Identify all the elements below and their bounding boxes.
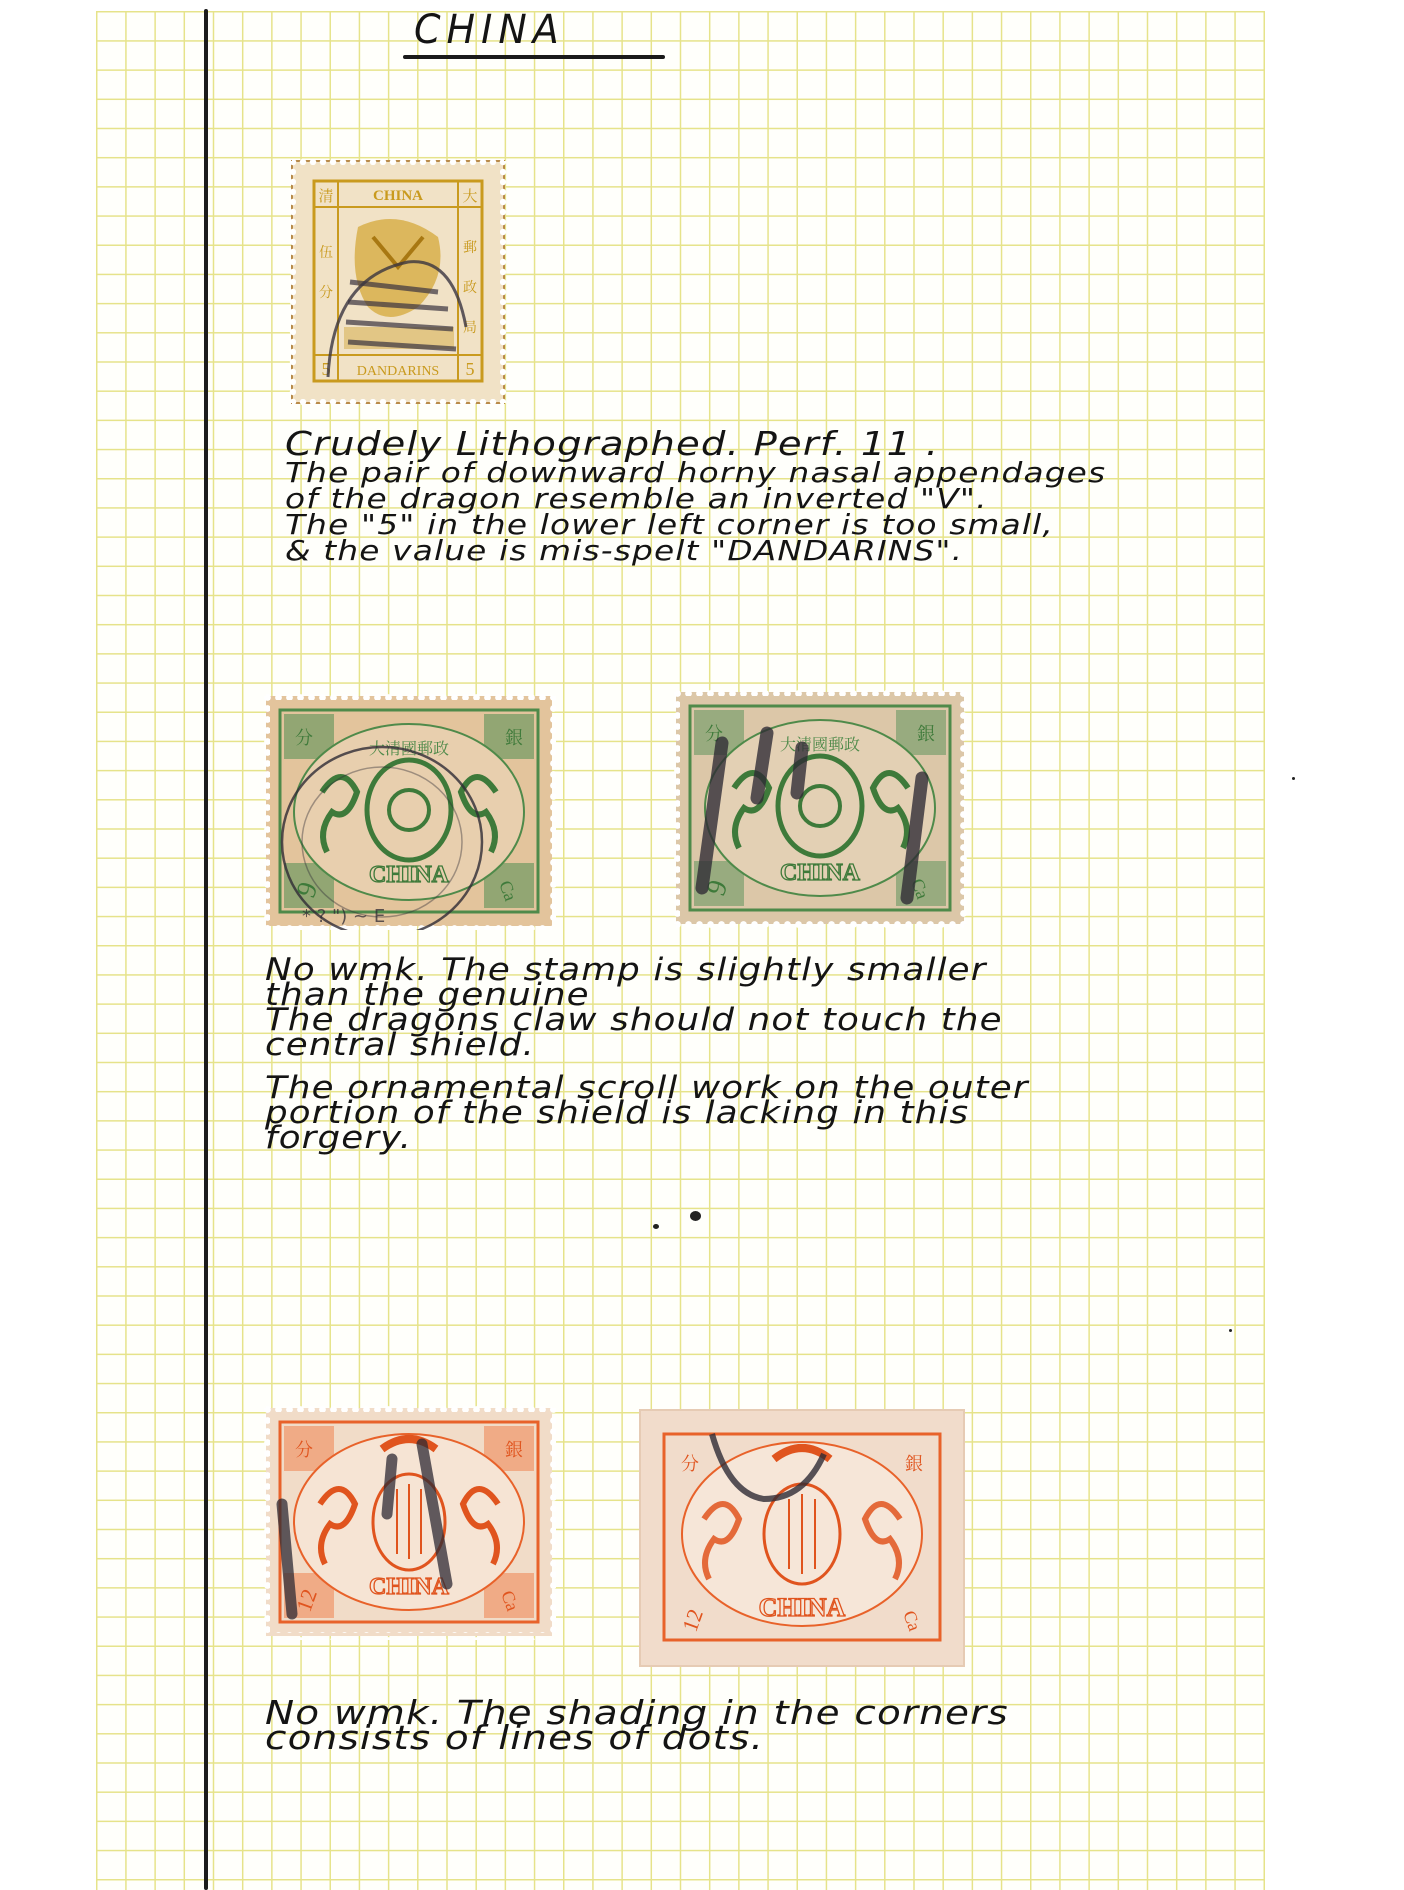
stamp-dowager-12-orange-barred: CHINA 12 Ca 分 銀: [262, 1404, 556, 1640]
ink-speck: [653, 1224, 659, 1229]
svg-text:CHINA: CHINA: [369, 862, 450, 888]
svg-text:* ? ") ~ E: * ? ") ~ E: [302, 906, 385, 927]
svg-text:5: 5: [466, 359, 475, 379]
ink-speck: [690, 1211, 701, 1221]
svg-text:分: 分: [295, 1440, 313, 1461]
stamp-large-dragon-yellow: CHINA DANDARINS 5 5 清 大 伍 分 郵 政 局: [288, 157, 508, 407]
svg-text:大清國郵政: 大清國郵政: [369, 739, 449, 758]
svg-text:銀: 銀: [505, 728, 523, 749]
svg-text:大: 大: [462, 187, 477, 205]
ink-speck: [1292, 777, 1295, 780]
svg-text:大清國郵政: 大清國郵政: [780, 735, 860, 754]
ink-speck: [1229, 1329, 1232, 1332]
svg-text:CHINA: CHINA: [780, 860, 861, 886]
stamp-dowager-9-green-barred: 大清國郵政 CHINA 9 Ca 分 銀: [672, 688, 968, 928]
svg-text:CHINA: CHINA: [759, 1593, 846, 1622]
svg-text:銀: 銀: [917, 724, 935, 745]
svg-text:分: 分: [319, 285, 333, 301]
svg-text:CHINA: CHINA: [369, 1574, 450, 1600]
stamp-dowager-12-orange-arccancel: CHINA 12 Ca 分 銀: [634, 1404, 970, 1672]
stamp-top-inscription: CHINA: [373, 188, 423, 204]
svg-text:政: 政: [463, 280, 477, 296]
note-line: & the value is mis-spelt "DANDARINS".: [285, 538, 1106, 564]
title-underline: [403, 55, 665, 59]
stamp-dowager-9-green-postmarked: 大清國郵政 CHINA 9 Ca 分 銀 * ? ") ~ E: [262, 692, 556, 930]
svg-text:分: 分: [681, 1454, 699, 1475]
note-dowager-9: No wmk. The stamp is slightly smaller th…: [265, 958, 1029, 1151]
svg-text:銀: 銀: [505, 1440, 523, 1461]
svg-text:郵: 郵: [463, 240, 477, 256]
svg-text:DANDARINS: DANDARINS: [357, 364, 439, 379]
svg-text:伍: 伍: [319, 245, 333, 261]
svg-text:清: 清: [318, 187, 333, 205]
note-large-dragon: Crudely Lithographed. Perf. 11 . The pai…: [285, 428, 1106, 564]
svg-text:銀: 銀: [905, 1454, 923, 1475]
page-title: CHINA: [414, 6, 565, 52]
margin-line: [204, 9, 208, 1890]
note-dowager-12: No wmk. The shading in the corners consi…: [265, 1700, 1009, 1750]
svg-text:分: 分: [295, 728, 313, 749]
